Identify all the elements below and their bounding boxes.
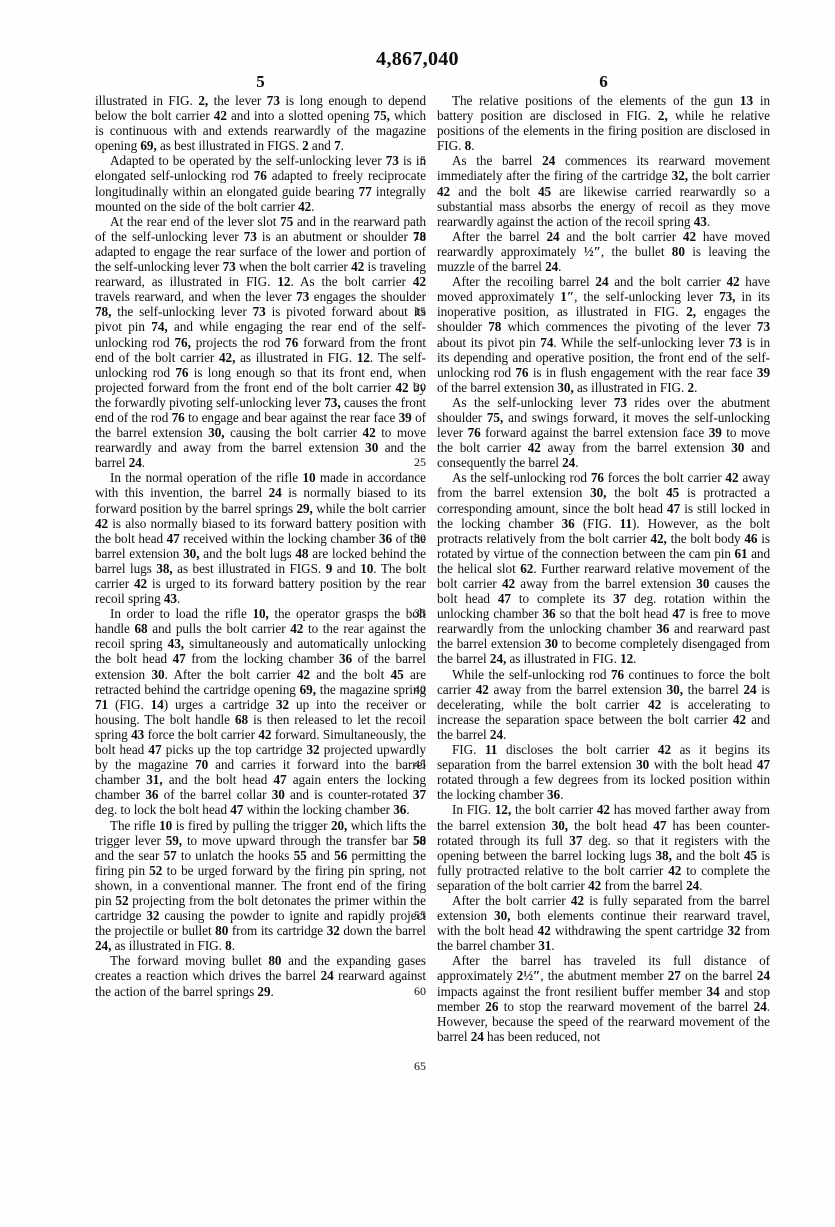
line-number: 60	[414, 984, 426, 999]
line-number: 5	[420, 153, 426, 168]
line-number: 35	[414, 606, 426, 621]
line-number: 65	[414, 1059, 426, 1074]
paragraph: While the self-unlocking rod 76 continue…	[437, 667, 770, 742]
paragraph: After the barrel has traveled its full d…	[437, 953, 770, 1044]
line-number: 50	[414, 833, 426, 848]
line-number: 30	[414, 531, 426, 546]
patent-document-page: 4,867,040 5 6 illustrated in FIG. 2, the…	[0, 0, 835, 1227]
paragraph: illustrated in FIG. 2, the lever 73 is l…	[95, 93, 426, 153]
paragraph: The relative positions of the elements o…	[437, 93, 770, 153]
text-column-right: The relative positions of the elements o…	[437, 93, 770, 1044]
column-number-right: 6	[437, 72, 770, 92]
paragraph: After the recoiling barrel 24 and the bo…	[437, 274, 770, 395]
text-column-left: illustrated in FIG. 2, the lever 73 is l…	[95, 93, 426, 999]
column-number-left: 5	[95, 72, 426, 92]
line-number: 25	[414, 455, 426, 470]
paragraph: As the barrel 24 commences its rearward …	[437, 153, 770, 228]
paragraph: After the barrel 24 and the bolt carrier…	[437, 229, 770, 274]
paragraph: As the self-unlocking lever 73 rides ove…	[437, 395, 770, 470]
line-number-gutter: 5101520253035404550556065	[398, 0, 428, 1227]
paragraph: The rifle 10 is fired by pulling the tri…	[95, 818, 426, 954]
paragraph: Adapted to be operated by the self-unloc…	[95, 153, 426, 213]
paragraph: The forward moving bullet 80 and the exp…	[95, 953, 426, 998]
paragraph: In the normal operation of the rifle 10 …	[95, 470, 426, 606]
paragraph: FIG. 11 discloses the bolt carrier 42 as…	[437, 742, 770, 802]
line-number: 10	[414, 229, 426, 244]
line-number: 40	[414, 682, 426, 697]
line-number: 55	[414, 908, 426, 923]
paragraph: After the bolt carrier 42 is fully separ…	[437, 893, 770, 953]
paragraph: In order to load the rifle 10, the opera…	[95, 606, 426, 817]
paragraph: As the self-unlocking rod 76 forces the …	[437, 470, 770, 666]
paragraph: At the rear end of the lever slot 75 and…	[95, 214, 426, 471]
paragraph: In FIG. 12, the bolt carrier 42 has move…	[437, 802, 770, 893]
line-number: 45	[414, 757, 426, 772]
line-number: 20	[414, 380, 426, 395]
line-number: 15	[414, 304, 426, 319]
